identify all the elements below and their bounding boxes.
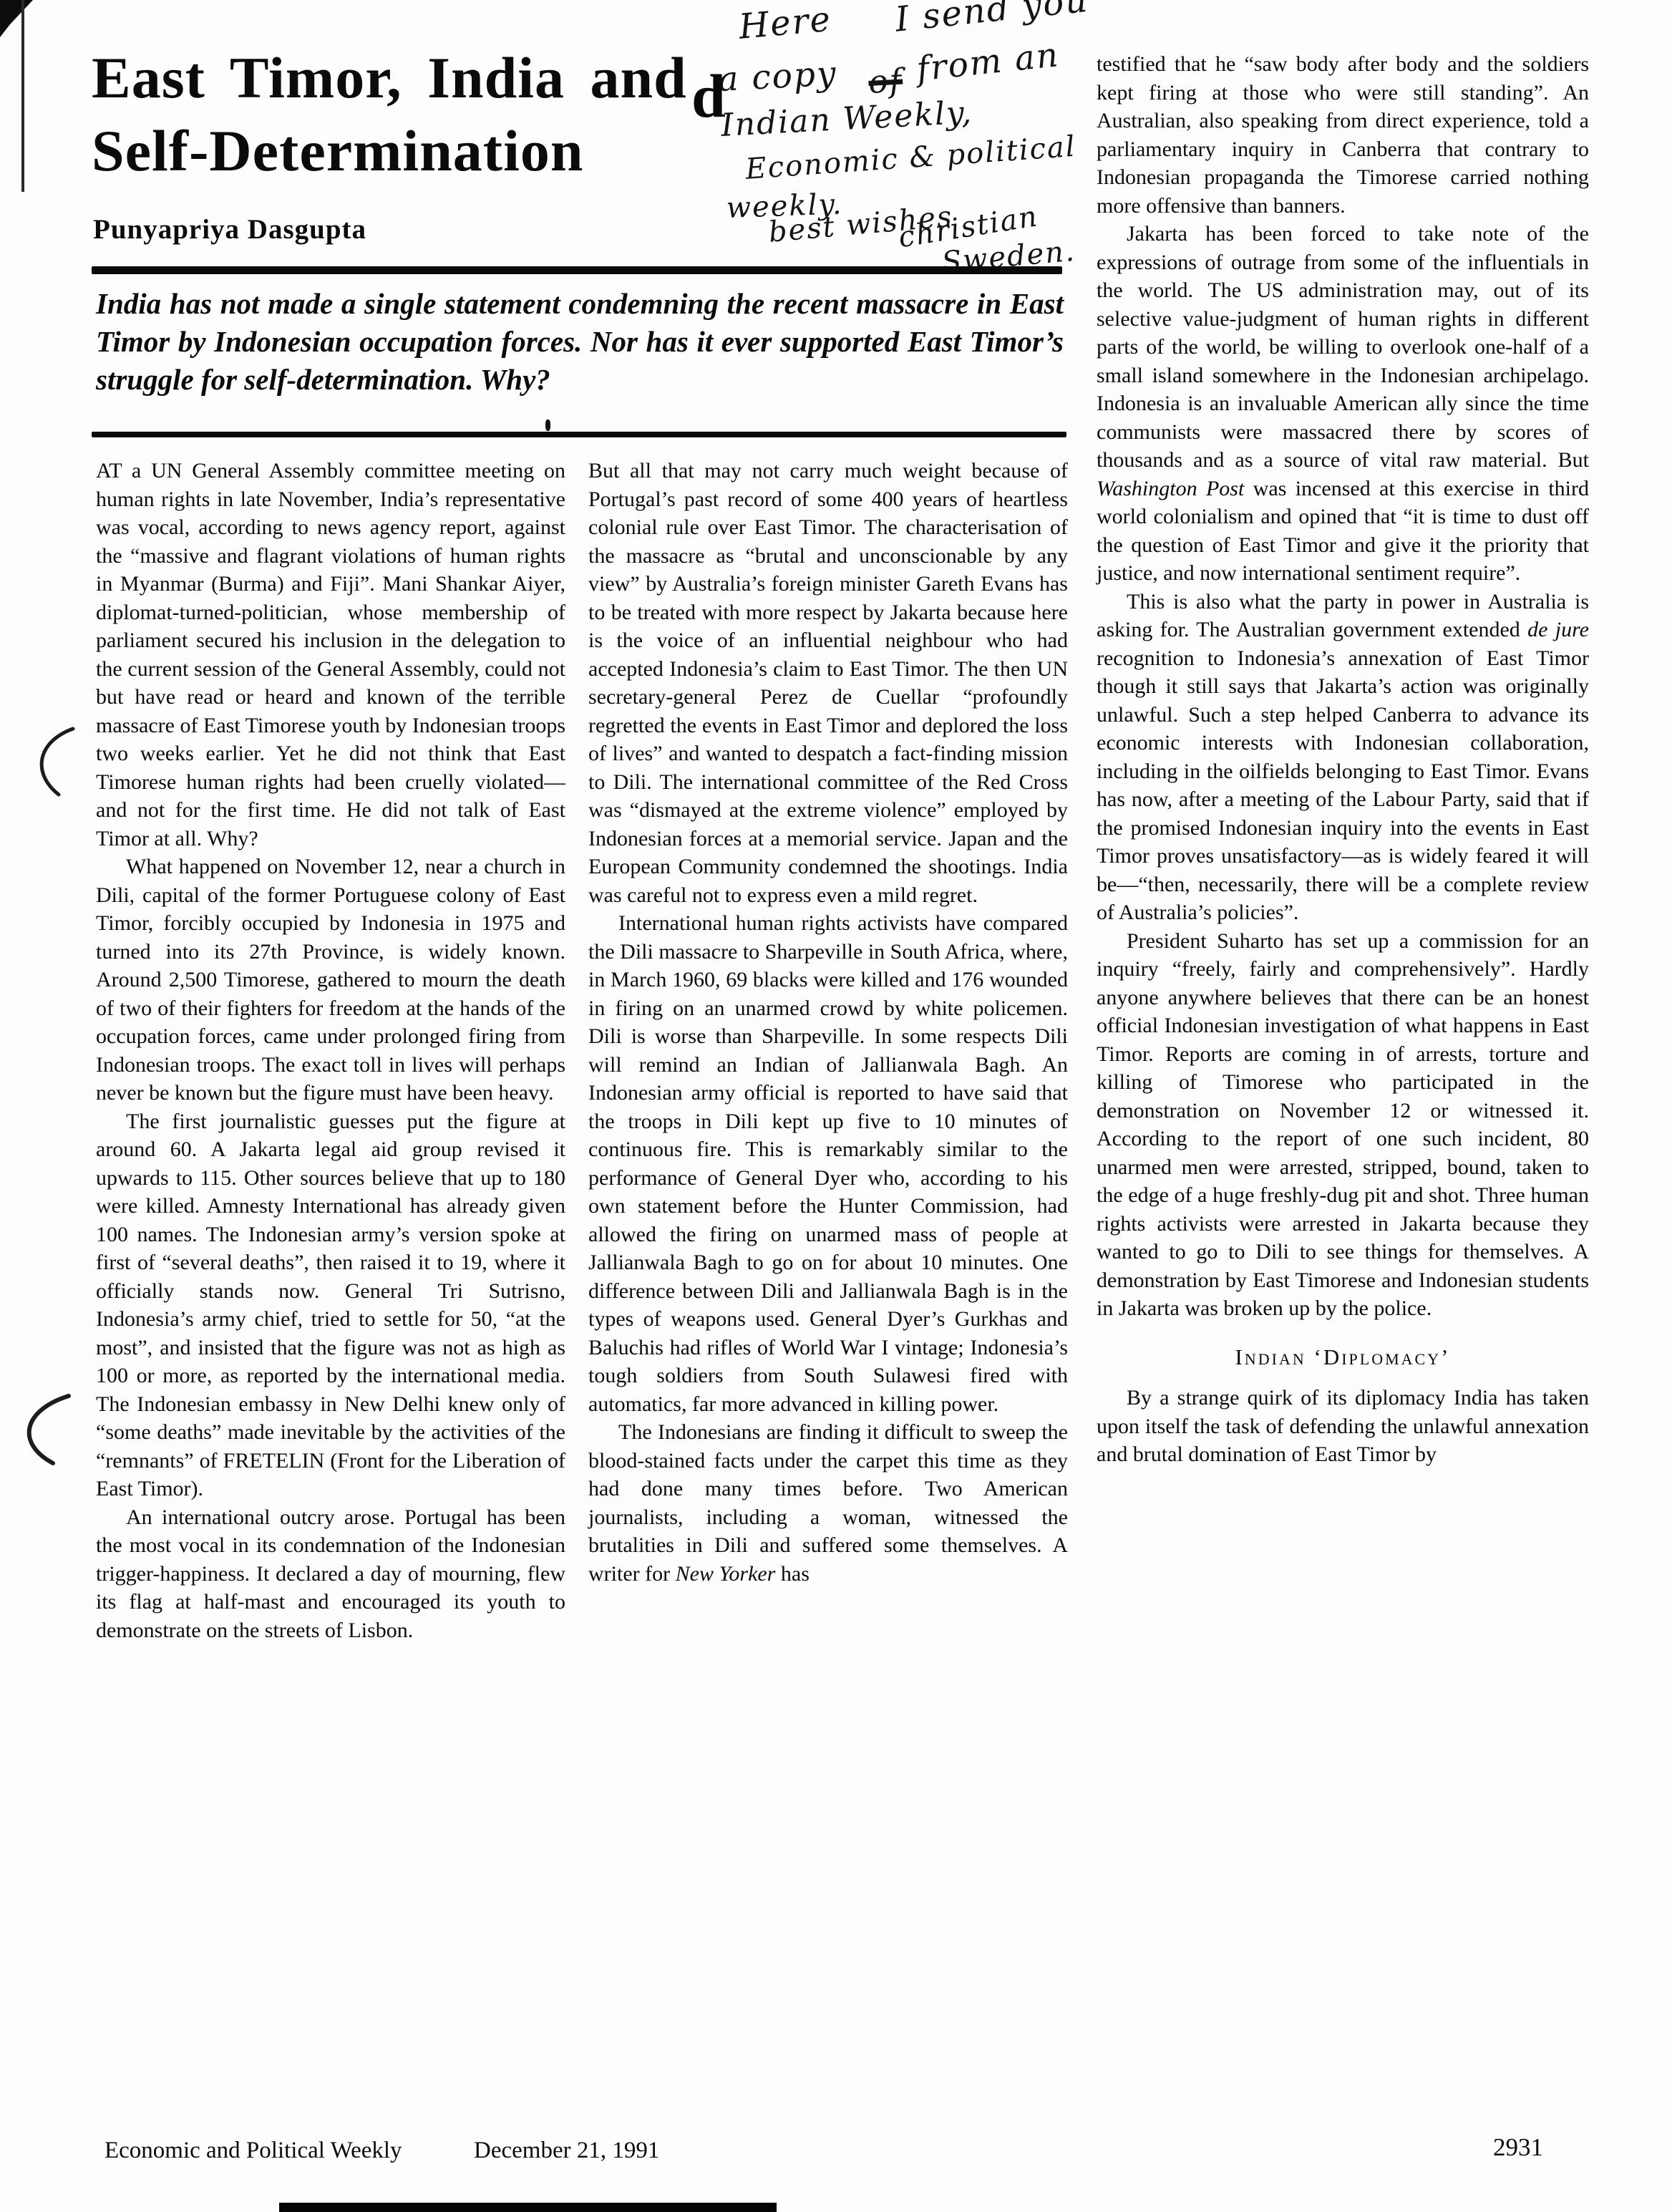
article-title: East Timor, India and Self-Determination xyxy=(92,42,687,188)
paragraph: By a strange quirk of its diplomacy Indi… xyxy=(1097,1384,1589,1469)
paragraph: AT a UN General Assembly committee meeti… xyxy=(96,457,565,853)
column-1: AT a UN General Assembly committee meeti… xyxy=(96,457,565,1644)
ink-speck xyxy=(545,419,550,431)
handwritten-note-line: Indian Weekly, xyxy=(720,94,973,144)
article-title-line2: Self-Determination xyxy=(92,115,687,188)
paragraph: But all that may not carry much weight b… xyxy=(588,457,1068,909)
paragraph: Jakarta has been forced to take note of … xyxy=(1097,220,1589,588)
paragraph: President Suharto has set up a commissio… xyxy=(1097,927,1589,1323)
footer-page-number: 2931 xyxy=(1493,2133,1543,2162)
paragraph: testified that he “saw body after body a… xyxy=(1097,50,1589,220)
scanned-article-page: East Timor, India and Self-Determination… xyxy=(0,0,1672,2212)
paragraph: International human rights activists hav… xyxy=(588,909,1068,1418)
article-author: Punyapriya Dasgupta xyxy=(93,213,366,246)
scan-bottom-bar xyxy=(279,2203,777,2212)
column-3: testified that he “saw body after body a… xyxy=(1097,50,1589,1469)
handwritten-note-line: Here xyxy=(737,0,833,47)
handwritten-note-line: of xyxy=(867,62,903,101)
paragraph: An international outcry arose. Portugal … xyxy=(96,1503,565,1645)
headline-rule xyxy=(92,266,1062,274)
paragraph: What happened on November 12, near a chu… xyxy=(96,853,565,1107)
footer-date: December 21, 1991 xyxy=(474,2138,659,2164)
stray-printed-letter: d xyxy=(691,60,726,132)
standfirst-rule xyxy=(92,432,1066,437)
paragraph: The first journalistic guesses put the f… xyxy=(96,1107,565,1503)
paragraph: The Indonesians are finding it difficult… xyxy=(588,1418,1068,1588)
footer-publication: Economic and Political Weekly xyxy=(104,2138,402,2164)
margin-pen-mark xyxy=(27,724,80,799)
article-standfirst: India has not made a single statement co… xyxy=(96,285,1064,399)
handwritten-note-line: a copy xyxy=(717,54,838,100)
section-heading: Indian ‘Diplomacy’ xyxy=(1097,1343,1589,1372)
scan-edge-line xyxy=(21,0,24,192)
margin-pen-mark xyxy=(11,1390,79,1470)
article-title-line1: East Timor, India and xyxy=(92,42,687,115)
handwritten-note-line: from an xyxy=(915,35,1061,89)
handwritten-note-line: I send you xyxy=(893,0,1090,40)
paragraph: This is also what the party in power in … xyxy=(1097,588,1589,927)
column-2: But all that may not carry much weight b… xyxy=(588,457,1068,1588)
